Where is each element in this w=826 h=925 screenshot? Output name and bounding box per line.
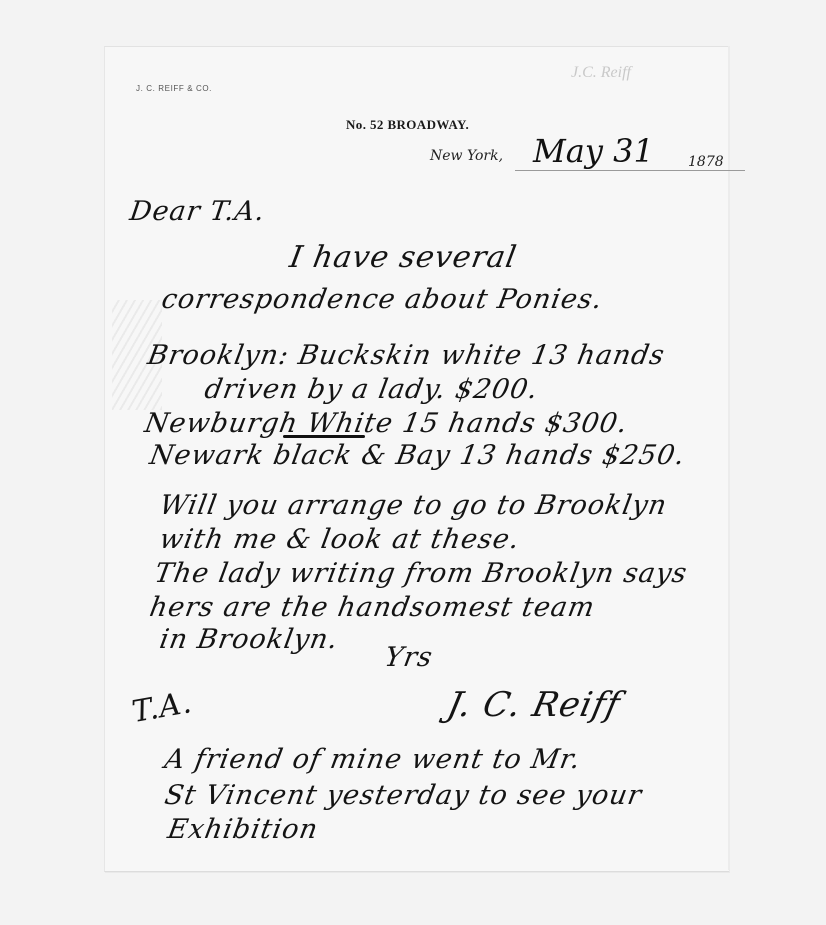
underline	[283, 435, 365, 438]
body-line: The lady writing from Brooklyn says	[152, 558, 690, 589]
salutation: Dear T.A.	[128, 196, 267, 227]
body-line: Will you arrange to go to Brooklyn	[157, 490, 669, 521]
postscript-line: St Vincent yesterday to see your	[162, 780, 644, 811]
body-line: Newburgh White 15 hands $300.	[142, 408, 630, 439]
postscript-line: Exhibition	[165, 814, 320, 845]
archive-stamp: J.C. Reiff	[571, 64, 631, 82]
dateline-rule	[515, 170, 745, 171]
body-line: Brooklyn: Buckskin white 13 hands	[145, 340, 667, 371]
letterhead-firm-name: J. C. REIFF & CO.	[136, 84, 212, 93]
body-line: Newark black & Bay 13 hands $250.	[147, 440, 687, 471]
body-line: driven by a lady. $200.	[202, 374, 540, 405]
letterhead-address: No. 52 BROADWAY.	[346, 117, 469, 133]
dateline-month-day: May 31	[533, 132, 654, 170]
signature: J. C. Reiff	[444, 685, 624, 725]
closing: Yrs	[382, 642, 435, 673]
body-line: in Brooklyn.	[157, 624, 341, 655]
body-line: correspondence about Ponies.	[159, 284, 605, 315]
dateline-year: 1878	[688, 154, 724, 170]
body-line: I have several	[287, 240, 520, 275]
body-line: with me & look at these.	[157, 524, 522, 555]
postscript-line: A friend of mine went to Mr.	[162, 744, 583, 775]
body-line: hers are the handsomest team	[147, 592, 597, 623]
dateline-place: New York,	[430, 148, 503, 164]
